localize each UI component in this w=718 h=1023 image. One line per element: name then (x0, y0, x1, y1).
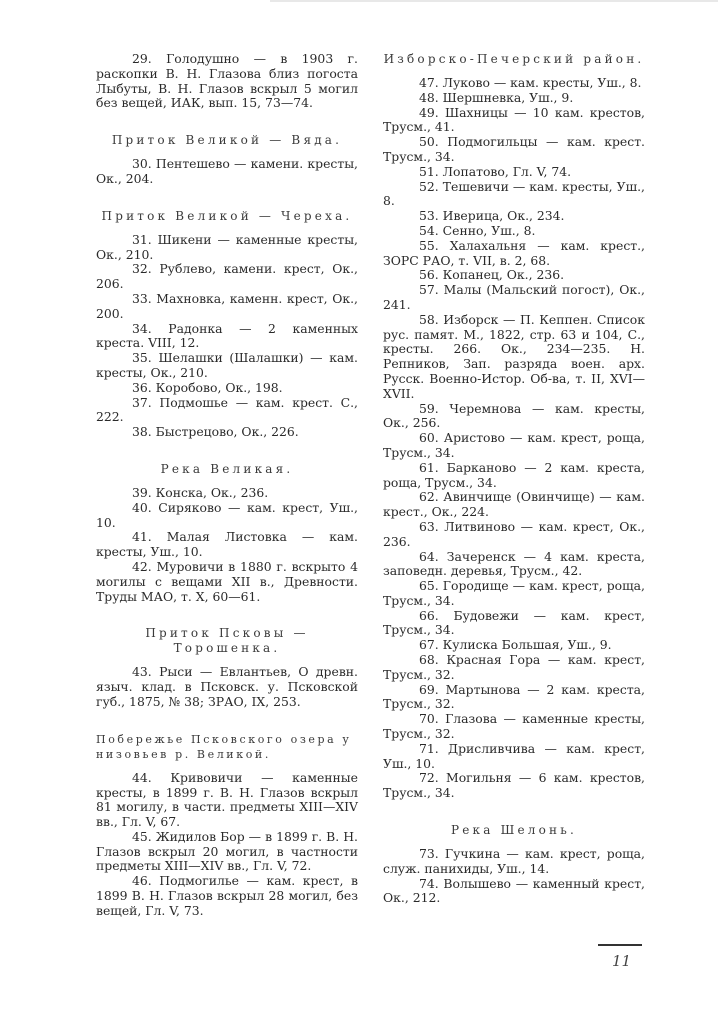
gazetteer-entry: 46. Подмогилье — кам. крест, в 1899 В. Н… (96, 874, 358, 918)
gazetteer-entry: 70. Глазова — каменные кресты, Трусм., 3… (383, 712, 645, 742)
section-gap (96, 111, 358, 133)
section-gap (96, 604, 358, 626)
gazetteer-entry: 72. Могильня — 6 кам. крестов, Трусм., 3… (383, 771, 645, 801)
gazetteer-entry: 60. Аристово — кам. крест, роща, Трусм.,… (383, 431, 645, 461)
section-heading: Приток Великой — Вяда. (96, 133, 358, 148)
gazetteer-entry: 51. Лопатово, Гл. V, 74. (383, 165, 645, 180)
section-heading: Приток Псковы — Торошенка. (96, 626, 358, 656)
gazetteer-entry: 32. Рублево, камени. крест, Ок., 206. (96, 262, 358, 292)
gazetteer-entry: 54. Сенно, Уш., 8. (383, 224, 645, 239)
right-column: Изборско-Печерский район.47. Луково — ка… (383, 52, 645, 906)
gazetteer-entry: 49. Шахницы — 10 кам. крестов, Трусм., 4… (383, 106, 645, 136)
gazetteer-entry: 41. Малая Листовка — кам. кресты, Уш., 1… (96, 530, 358, 560)
gazetteer-entry: 36. Коробово, Ок., 198. (96, 381, 358, 396)
gazetteer-entry: 39. Конска, Ок., 236. (96, 486, 358, 501)
gazetteer-entry: 59. Черемнова — кам. кресты, Ок., 256. (383, 402, 645, 432)
gazetteer-entry: 38. Быстрецово, Ок., 226. (96, 425, 358, 440)
gazetteer-entry: 62. Авинчище (Овинчище) — кам. крест., О… (383, 490, 645, 520)
gazetteer-entry: 64. Зачеренск — 4 кам. креста, заповедн.… (383, 550, 645, 580)
gazetteer-entry: 45. Жидилов Бор — в 1899 г. В. Н. Глазов… (96, 830, 358, 874)
section-heading: Побережье Псковского озера у низовьев р.… (96, 732, 358, 762)
page-number-rule (598, 944, 642, 946)
gazetteer-entry: 34. Радонка — 2 каменных креста. VIII, 1… (96, 322, 358, 352)
gazetteer-entry: 55. Халахальня — кам. крест., ЗОРС РАО, … (383, 239, 645, 269)
scan-edge (270, 0, 718, 2)
gazetteer-entry: 30. Пентешево — камени. кресты, Ок., 204… (96, 157, 358, 187)
section-gap (96, 710, 358, 732)
left-column: 29. Голодушно — в 1903 г. раскопки В. Н.… (96, 52, 358, 919)
gazetteer-entry: 42. Муровичи в 1880 г. вскрыто 4 могилы … (96, 560, 358, 604)
document-page: 29. Голодушно — в 1903 г. раскопки В. Н.… (0, 0, 718, 1023)
gazetteer-entry: 33. Махновка, каменн. крест, Ок., 200. (96, 292, 358, 322)
gazetteer-entry: 74. Волышево — каменный крест, Ок., 212. (383, 877, 645, 907)
section-heading: Изборско-Печерский район. (383, 52, 645, 67)
gazetteer-entry: 37. Подмошье — кам. крест. С., 222. (96, 396, 358, 426)
section-heading: Приток Великой — Череха. (96, 209, 358, 224)
gazetteer-entry: 57. Малы (Мальский погост), Ок., 241. (383, 283, 645, 313)
gazetteer-entry: 65. Городище — кам. крест, роща, Трусм.,… (383, 579, 645, 609)
section-gap (383, 801, 645, 823)
gazetteer-entry: 71. Дрисливчива — кам. крест, Уш., 10. (383, 742, 645, 772)
gazetteer-entry: 47. Луково — кам. кресты, Уш., 8. (383, 76, 645, 91)
gazetteer-entry: 40. Сиряково — кам. крест, Уш., 10. (96, 501, 358, 531)
section-heading: Река Шелонь. (383, 823, 645, 838)
gazetteer-entry: 29. Голодушно — в 1903 г. раскопки В. Н.… (96, 52, 358, 111)
gazetteer-entry: 73. Гучкина — кам. крест, роща, служ. па… (383, 847, 645, 877)
section-gap (96, 440, 358, 462)
gazetteer-entry: 58. Изборск — П. Кеппен. Список рус. пам… (383, 313, 645, 402)
gazetteer-entry: 44. Кривовичи — каменные кресты, в 1899 … (96, 771, 358, 830)
gazetteer-entry: 53. Иверица, Ок., 234. (383, 209, 645, 224)
gazetteer-entry: 31. Шикени — каменные кресты, Ок., 210. (96, 233, 358, 263)
gazetteer-entry: 48. Шершневка, Уш., 9. (383, 91, 645, 106)
gazetteer-entry: 56. Копанец, Ок., 236. (383, 268, 645, 283)
gazetteer-entry: 61. Барканово — 2 кам. креста, роща, Тру… (383, 461, 645, 491)
page-number: 11 (612, 952, 631, 970)
section-gap (96, 187, 358, 209)
gazetteer-entry: 50. Подмогильцы — кам. крест. Трусм., 34… (383, 135, 645, 165)
gazetteer-entry: 68. Красная Гора — кам. крест, Трусм., 3… (383, 653, 645, 683)
gazetteer-entry: 52. Тешевичи — кам. кресты, Уш., 8. (383, 180, 645, 210)
gazetteer-entry: 63. Литвиново — кам. крест, Ок., 236. (383, 520, 645, 550)
gazetteer-entry: 69. Мартынова — 2 кам. креста, Трусм., 3… (383, 683, 645, 713)
gazetteer-entry: 43. Рыси — Евлантьев, О древн. языч. кла… (96, 665, 358, 709)
gazetteer-entry: 67. Кулиска Большая, Уш., 9. (383, 638, 645, 653)
section-heading: Река Великая. (96, 462, 358, 477)
gazetteer-entry: 66. Будовежи — кам. крест, Трусм., 34. (383, 609, 645, 639)
gazetteer-entry: 35. Шелашки (Шалашки) — кам. кресты, Ок.… (96, 351, 358, 381)
